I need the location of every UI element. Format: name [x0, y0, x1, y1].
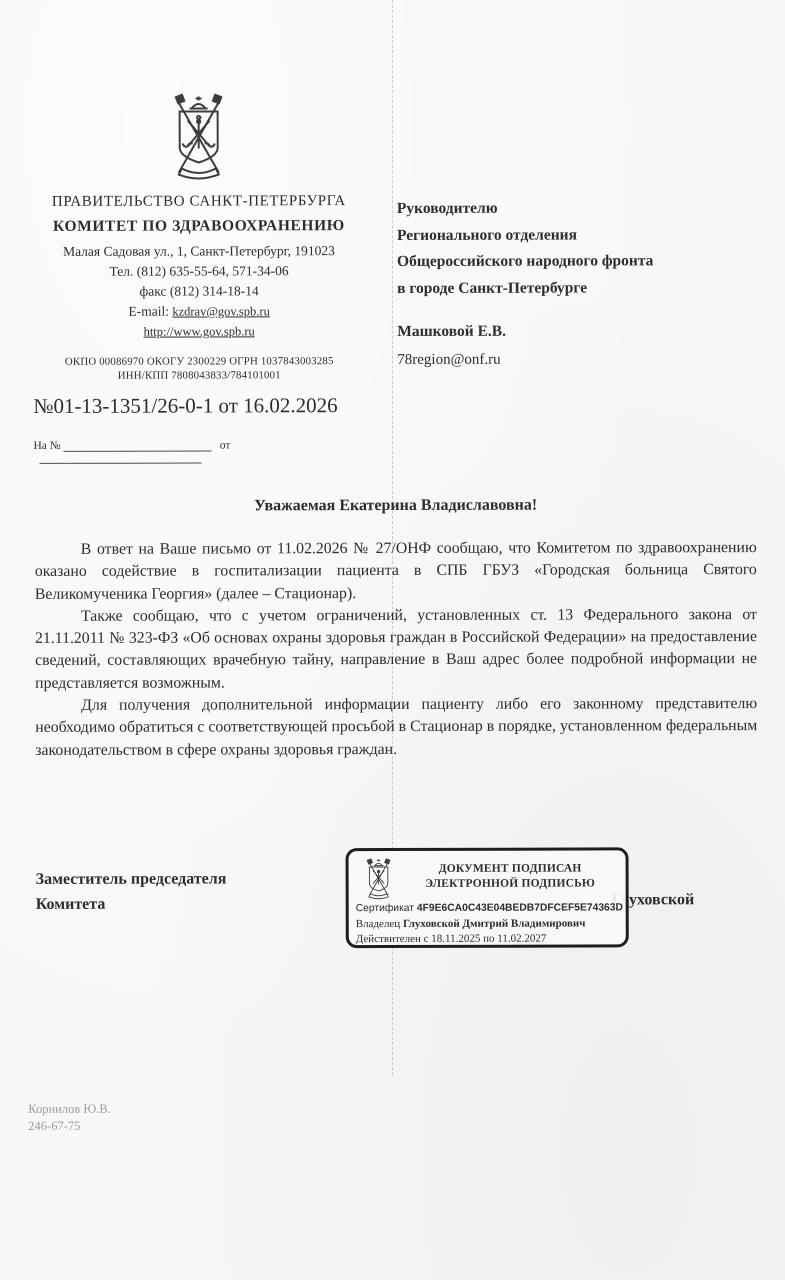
- letterhead-website: http://www.gov.spb.ru: [27, 321, 371, 342]
- codes-line-1: ОКПО 00086970 ОКОГУ 2300229 ОГРН 1037843…: [27, 354, 371, 369]
- electronic-signature-stamp: ДОКУМЕНТ ПОДПИСАН ЭЛЕКТРОННОЙ ПОДПИСЬЮ С…: [346, 847, 629, 948]
- stamp-title-line: ДОКУМЕНТ ПОДПИСАН: [402, 861, 619, 876]
- reference-line: На №от: [27, 439, 371, 464]
- executor-block: Корнилов Ю.В. 246-67-75: [28, 1101, 111, 1135]
- letterhead-email-line: E-mail: kzdrav@gov.spb.ru: [27, 301, 371, 322]
- letterhead-contacts: Малая Садовая ул., 1, Санкт-Петербург, 1…: [27, 241, 371, 342]
- body-paragraph-3: Для получения дополнительной информации …: [35, 693, 757, 762]
- signer-position-line: Заместитель председателя: [36, 866, 336, 892]
- stamp-title-line: ЭЛЕКТРОННОЙ ПОДПИСЬЮ: [402, 876, 619, 891]
- recipient-line: Руководителю: [397, 195, 747, 222]
- reference-label: На №: [33, 440, 60, 452]
- letter-body: Уважаемая Екатерина Владиславовна! В отв…: [35, 496, 758, 762]
- executor-phone: 246-67-75: [28, 1118, 111, 1135]
- letterhead-address: Малая Садовая ул., 1, Санкт-Петербург, 1…: [27, 241, 371, 262]
- executor-name: Корнилов Ю.В.: [28, 1101, 111, 1118]
- stamp-validity-line: Действителен с 18.11.2025 по 11.02.2027: [356, 931, 619, 947]
- scanned-letter-page: ПРАВИТЕЛЬСТВО САНКТ-ПЕТЕРБУРГА КОМИТЕТ П…: [0, 0, 785, 1280]
- spb-coat-of-arms-icon: [149, 88, 249, 182]
- outgoing-number: №01-13-1351/26-0-1 от 16.02.2026: [27, 393, 371, 419]
- recipient-name: Машковой Е.В.: [397, 322, 747, 341]
- government-name: ПРАВИТЕЛЬСТВО САНКТ-ПЕТЕРБУРГА: [27, 193, 371, 211]
- committee-name: КОМИТЕТ ПО ЗДРАВООХРАНЕНИЮ: [27, 217, 371, 236]
- reference-number-blank: [64, 440, 212, 451]
- letterhead-email: kzdrav@gov.spb.ru: [172, 304, 270, 318]
- stamp-owner-line: Владелец Глуховской Дмитрий Владимирович: [356, 916, 619, 932]
- letterhead: ПРАВИТЕЛЬСТВО САНКТ-ПЕТЕРБУРГА КОМИТЕТ П…: [27, 88, 372, 464]
- recipient-line: Регионального отделения: [397, 222, 747, 249]
- registration-codes: ОКПО 00086970 ОКОГУ 2300229 ОГРН 1037843…: [27, 354, 371, 383]
- letterhead-fax: факс (812) 314-18-14: [27, 281, 371, 302]
- recipient-line: в городе Санкт-Петербурге: [397, 275, 747, 302]
- stamp-header: ДОКУМЕНТ ПОДПИСАН ЭЛЕКТРОННОЙ ПОДПИСЬЮ: [356, 855, 619, 900]
- stamp-certificate-line: Сертификат 4F9E6CA0C43E04BEDB7DFCEF5E743…: [356, 900, 619, 916]
- codes-line-2: ИНН/КПП 7808043833/784101001: [27, 368, 371, 383]
- body-paragraph-2: Также сообщаю, что с учетом ограничений,…: [35, 604, 757, 695]
- letter-content: ПРАВИТЕЛЬСТВО САНКТ-ПЕТЕРБУРГА КОМИТЕТ П…: [0, 0, 785, 1280]
- salutation: Уважаемая Екатерина Владиславовна!: [35, 496, 757, 516]
- body-paragraph-1: В ответ на Ваше письмо от 11.02.2026 № 2…: [35, 537, 757, 606]
- letterhead-phone: Тел. (812) 635-55-64, 571-34-06: [27, 261, 371, 282]
- recipient-block: Руководителю Регионального отделения Общ…: [397, 195, 747, 369]
- email-label: E-mail:: [128, 304, 169, 319]
- reference-from-label: от: [220, 439, 231, 451]
- recipient-line: Общероссийского народного фронта: [397, 248, 747, 275]
- signer-position: Заместитель председателя Комитета: [36, 866, 336, 917]
- owner-label: Владелец: [356, 917, 400, 929]
- reference-date-blank: [40, 452, 202, 463]
- certificate-label: Сертификат: [356, 903, 414, 914]
- signer-position-line: Комитета: [36, 891, 336, 917]
- recipient-email: 78region@onf.ru: [397, 351, 747, 369]
- owner-name: Глуховской Дмитрий Владимирович: [403, 917, 586, 929]
- spb-coat-of-arms-icon: [356, 856, 402, 900]
- stamp-title: ДОКУМЕНТ ПОДПИСАН ЭЛЕКТРОННОЙ ПОДПИСЬЮ: [402, 855, 619, 891]
- certificate-value: 4F9E6CA0C43E04BEDB7DFCEF5E74363D: [417, 902, 623, 914]
